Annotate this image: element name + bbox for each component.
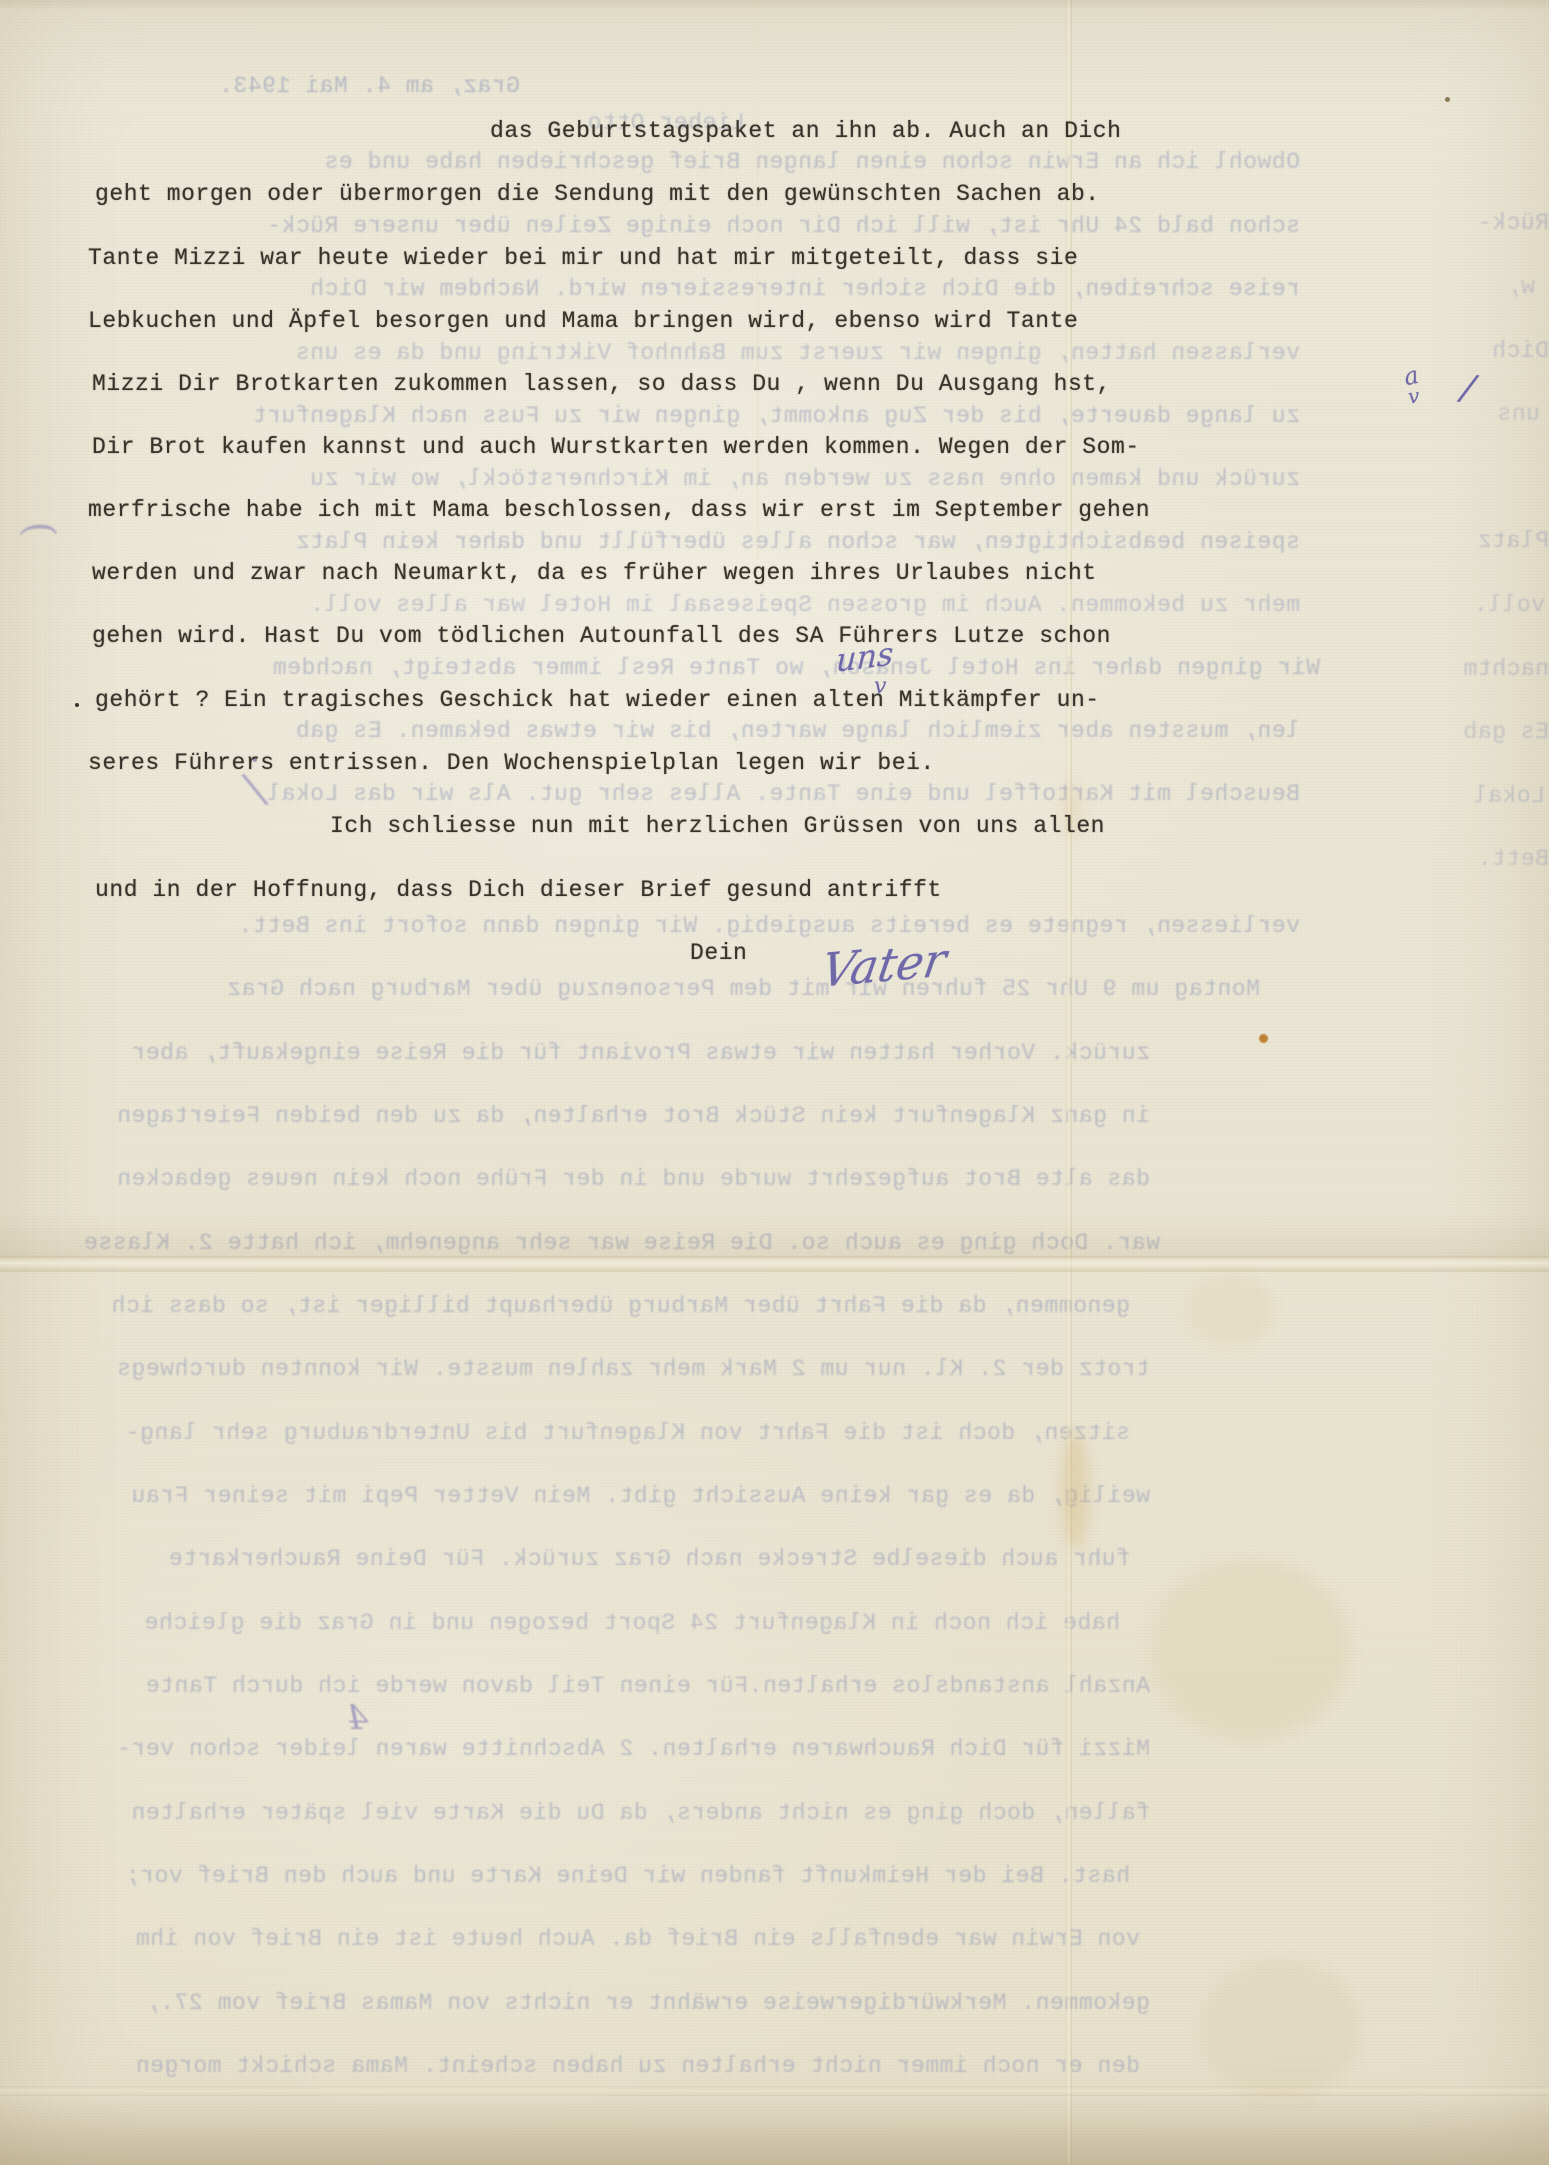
handwritten-annotation: / xyxy=(1459,367,1478,409)
handwriting-layer: av/unsvVater xyxy=(0,0,1549,2165)
handwritten-annotation: v xyxy=(874,674,886,699)
handwritten-annotation: v xyxy=(1407,383,1421,408)
letter-page: Graz, am 4. Mai 1943.Lieber Otto.Obwohl … xyxy=(0,0,1549,2165)
handwritten-annotation: Vater xyxy=(818,932,950,998)
handwritten-annotation: uns xyxy=(835,634,894,680)
